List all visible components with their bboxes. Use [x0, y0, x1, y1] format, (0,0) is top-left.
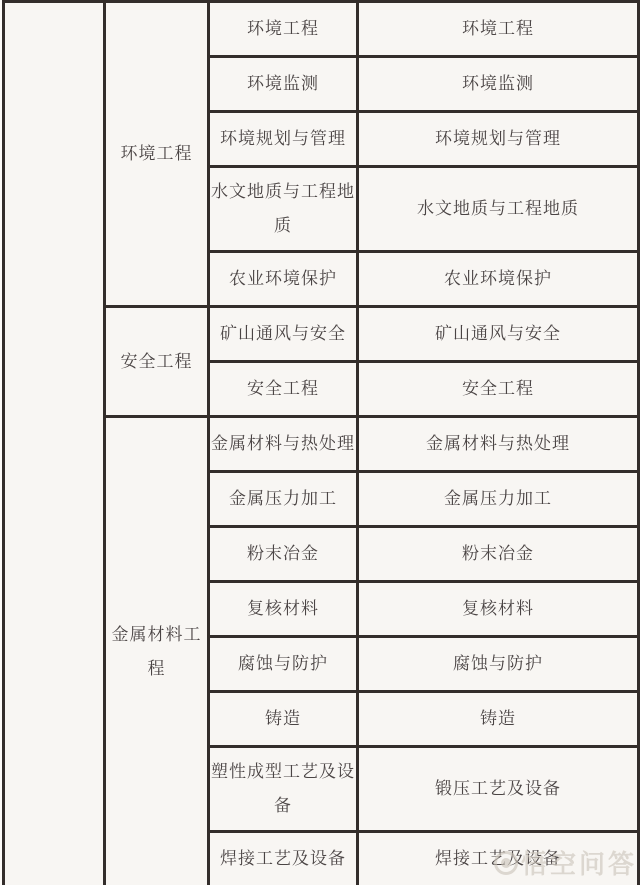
- major-cell: 矿山通风与安全: [209, 307, 358, 362]
- matched-major-cell: 焊接工艺及设备: [358, 832, 639, 885]
- matched-major-cell: 矿山通风与安全: [358, 307, 639, 362]
- matched-major-cell: 粉末冶金: [358, 527, 639, 582]
- matched-major-cell: 农业环境保护: [358, 252, 639, 307]
- left-cropped-cell: [4, 2, 105, 885]
- major-cell: 水文地质与工程地质: [209, 167, 358, 252]
- matched-major-cell: 环境规划与管理: [358, 112, 639, 167]
- matched-major-cell: 铸造: [358, 692, 639, 747]
- category-cell-metal-materials: 金属材料工程: [105, 417, 209, 885]
- major-cell: 农业环境保护: [209, 252, 358, 307]
- matched-major-cell: 环境监测: [358, 57, 639, 112]
- matched-major-cell: 安全工程: [358, 362, 639, 417]
- major-cell: 腐蚀与防护: [209, 637, 358, 692]
- matched-major-cell: 金属材料与热处理: [358, 417, 639, 472]
- matched-major-cell: 环境工程: [358, 2, 639, 57]
- matched-major-cell: 水文地质与工程地质: [358, 167, 639, 252]
- major-correspondence-table: 环境工程 环境工程 环境工程 环境监测 环境监测 环境规划与管理 环境规划与管理…: [2, 0, 640, 885]
- major-cell: 安全工程: [209, 362, 358, 417]
- major-cell: 环境工程: [209, 2, 358, 57]
- major-cell: 塑性成型工艺及设备: [209, 747, 358, 832]
- category-cell-safety: 安全工程: [105, 307, 209, 417]
- matched-major-cell: 金属压力加工: [358, 472, 639, 527]
- major-cell: 焊接工艺及设备: [209, 832, 358, 885]
- major-cell: 粉末冶金: [209, 527, 358, 582]
- major-cell: 铸造: [209, 692, 358, 747]
- matched-major-cell: 锻压工艺及设备: [358, 747, 639, 832]
- major-cell: 环境监测: [209, 57, 358, 112]
- matched-major-cell: 复核材料: [358, 582, 639, 637]
- major-cell: 金属材料与热处理: [209, 417, 358, 472]
- major-cell: 复核材料: [209, 582, 358, 637]
- major-cell: 金属压力加工: [209, 472, 358, 527]
- matched-major-cell: 腐蚀与防护: [358, 637, 639, 692]
- major-cell: 环境规划与管理: [209, 112, 358, 167]
- table-row: 环境工程 环境工程 环境工程: [4, 2, 639, 57]
- category-cell-environment: 环境工程: [105, 2, 209, 307]
